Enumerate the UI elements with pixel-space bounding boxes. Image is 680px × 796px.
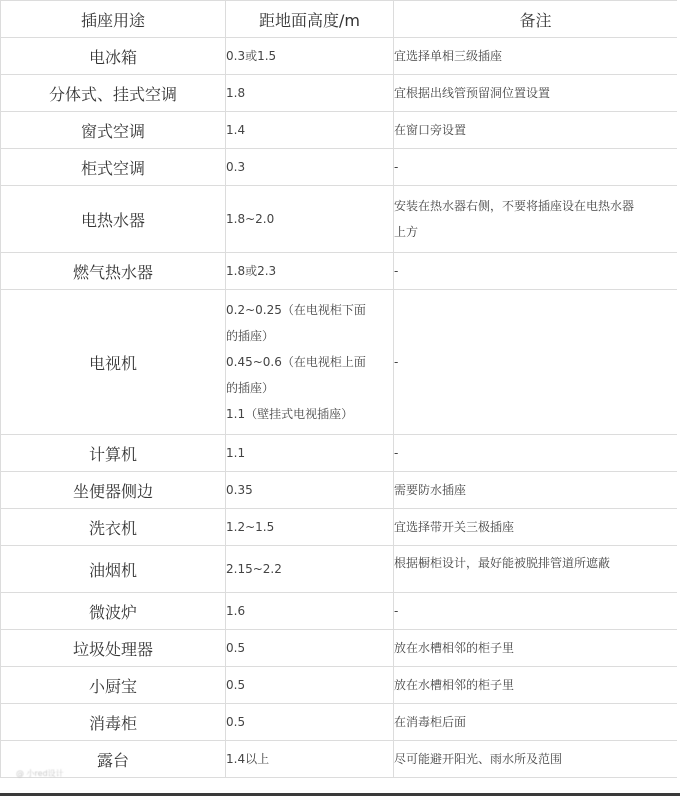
table-row: 小厨宝 0.5 放在水槽相邻的柜子里: [1, 667, 678, 704]
socket-height-table: 插座用途 距地面高度/m 备注 电冰箱 0.3或1.5 宜选择单相三级插座 分体…: [0, 0, 678, 778]
height-cell: 0.5: [226, 704, 394, 741]
height-cell: 1.8: [226, 75, 394, 112]
usage-cell: 电冰箱: [1, 38, 226, 75]
height-cell: 1.4以上: [226, 741, 394, 778]
height-cell: 0.5: [226, 630, 394, 667]
usage-cell: 柜式空调: [1, 149, 226, 186]
height-line: 0.2~0.25（在电视柜下面: [226, 297, 393, 323]
usage-cell: 计算机: [1, 435, 226, 472]
table-row: 微波炉 1.6 -: [1, 593, 678, 630]
table-row: 柜式空调 0.3 -: [1, 149, 678, 186]
table-row: 消毒柜 0.5 在消毒柜后面: [1, 704, 678, 741]
usage-cell: 电热水器: [1, 186, 226, 253]
height-cell: 1.8~2.0: [226, 186, 394, 253]
table-row: 电热水器 1.8~2.0 安装在热水器右侧，不要将插座设在电热水器 上方: [1, 186, 678, 253]
table-row: 电冰箱 0.3或1.5 宜选择单相三级插座: [1, 38, 678, 75]
usage-cell: 燃气热水器: [1, 253, 226, 290]
height-cell: 0.2~0.25（在电视柜下面 的插座） 0.45~0.6（在电视柜上面 的插座…: [226, 290, 394, 435]
table-row: 燃气热水器 1.8或2.3 -: [1, 253, 678, 290]
height-cell: 0.3或1.5: [226, 38, 394, 75]
height-cell: 2.15~2.2: [226, 546, 394, 593]
note-cell: -: [394, 435, 678, 472]
height-line: 0.45~0.6（在电视柜上面: [226, 349, 393, 375]
header-note: 备注: [394, 1, 678, 38]
note-cell: 宜根据出线管预留洞位置设置: [394, 75, 678, 112]
header-usage: 插座用途: [1, 1, 226, 38]
note-cell: 宜选择带开关三极插座: [394, 509, 678, 546]
table-row: 洗衣机 1.2~1.5 宜选择带开关三极插座: [1, 509, 678, 546]
note-cell: 在窗口旁设置: [394, 112, 678, 149]
note-cell: -: [394, 593, 678, 630]
usage-cell: 电视机: [1, 290, 226, 435]
table-row: 电视机 0.2~0.25（在电视柜下面 的插座） 0.45~0.6（在电视柜上面…: [1, 290, 678, 435]
note-line: 安装在热水器右侧，不要将插座设在电热水器: [394, 193, 677, 219]
height-line: 1.1（壁挂式电视插座）: [226, 401, 393, 427]
header-row: 插座用途 距地面高度/m 备注: [1, 1, 678, 38]
watermark: @ 小red设计: [16, 768, 64, 779]
usage-cell: 微波炉: [1, 593, 226, 630]
note-cell: 放在水槽相邻的柜子里: [394, 667, 678, 704]
note-line: 上方: [394, 219, 677, 245]
note-cell: -: [394, 253, 678, 290]
usage-cell: 垃圾处理器: [1, 630, 226, 667]
table-row: 露台 1.4以上 尽可能避开阳光、雨水所及范围: [1, 741, 678, 778]
header-height: 距地面高度/m: [226, 1, 394, 38]
table-row: 窗式空调 1.4 在窗口旁设置: [1, 112, 678, 149]
height-cell: 0.3: [226, 149, 394, 186]
table-row: 油烟机 2.15~2.2 根据橱柜设计，最好能被脱排管道所遮蔽: [1, 546, 678, 593]
usage-cell: 坐便器侧边: [1, 472, 226, 509]
height-cell: 0.35: [226, 472, 394, 509]
height-line: 的插座）: [226, 375, 393, 401]
height-cell: 1.2~1.5: [226, 509, 394, 546]
note-cell: 根据橱柜设计，最好能被脱排管道所遮蔽: [394, 546, 678, 593]
usage-cell: 窗式空调: [1, 112, 226, 149]
usage-cell: 油烟机: [1, 546, 226, 593]
note-cell: 放在水槽相邻的柜子里: [394, 630, 678, 667]
usage-cell: 洗衣机: [1, 509, 226, 546]
table-row: 坐便器侧边 0.35 需要防水插座: [1, 472, 678, 509]
table-row: 分体式、挂式空调 1.8 宜根据出线管预留洞位置设置: [1, 75, 678, 112]
height-cell: 1.6: [226, 593, 394, 630]
note-cell: -: [394, 290, 678, 435]
note-cell: 安装在热水器右侧，不要将插座设在电热水器 上方: [394, 186, 678, 253]
table-row: 垃圾处理器 0.5 放在水槽相邻的柜子里: [1, 630, 678, 667]
height-line: 的插座）: [226, 323, 393, 349]
usage-cell: 消毒柜: [1, 704, 226, 741]
usage-cell: 分体式、挂式空调: [1, 75, 226, 112]
note-cell: 需要防水插座: [394, 472, 678, 509]
height-cell: 1.4: [226, 112, 394, 149]
table-row: 计算机 1.1 -: [1, 435, 678, 472]
height-cell: 1.8或2.3: [226, 253, 394, 290]
note-cell: 宜选择单相三级插座: [394, 38, 678, 75]
note-cell: -: [394, 149, 678, 186]
height-cell: 1.1: [226, 435, 394, 472]
height-cell: 0.5: [226, 667, 394, 704]
note-cell: 尽可能避开阳光、雨水所及范围: [394, 741, 678, 778]
note-cell: 在消毒柜后面: [394, 704, 678, 741]
usage-cell: 小厨宝: [1, 667, 226, 704]
